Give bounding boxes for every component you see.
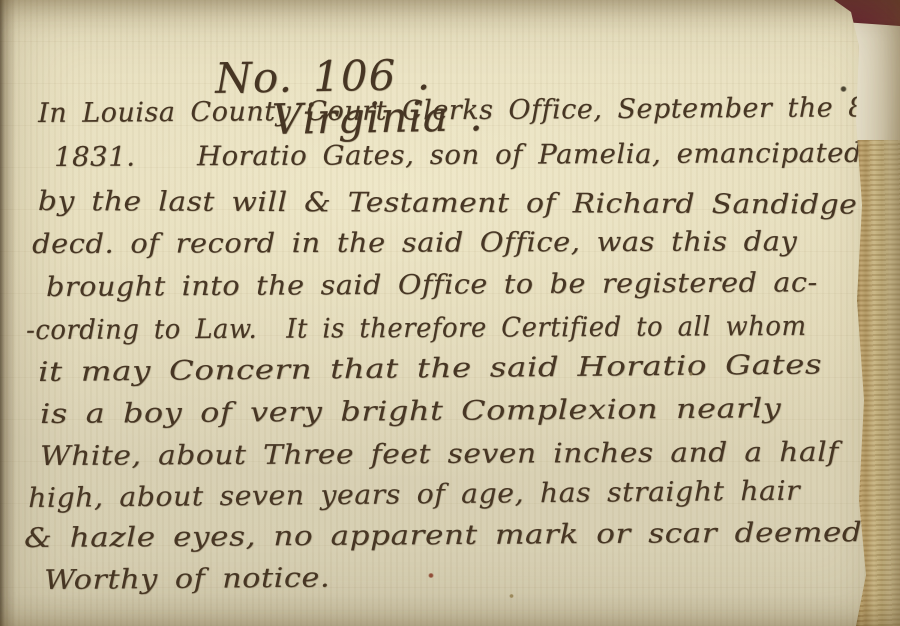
manuscript-line: In Louisa County Court Clerks Office, Se… bbox=[38, 94, 895, 127]
manuscript-line: brought into the said Office to be regis… bbox=[46, 269, 818, 301]
manuscript-line: by the last will & Testament of Richard … bbox=[38, 188, 857, 219]
manuscript-photo: No. 106 . Virginia . In Louisa County Co… bbox=[0, 0, 900, 626]
manuscript-line: -cording to Law. It is therefore Certifi… bbox=[26, 313, 807, 344]
manuscript-page: No. 106 . Virginia . In Louisa County Co… bbox=[0, 0, 872, 626]
manuscript-line: it may Concern that the said Horatio Gat… bbox=[38, 351, 822, 386]
manuscript-line: 1831. Horatio Gates, son of Pamelia, ema… bbox=[54, 140, 862, 171]
manuscript-line: & hazle eyes, no apparent mark or scar d… bbox=[24, 519, 862, 552]
manuscript-line: Worthy of notice. bbox=[44, 565, 330, 594]
manuscript-line: decd. of record in the said Office, was … bbox=[32, 228, 797, 258]
manuscript-line: high, about seven years of age, has stra… bbox=[28, 478, 800, 512]
manuscript-line: is a boy of very bright Complexion nearl… bbox=[40, 395, 781, 428]
manuscript-line: White, about Three feet seven inches and… bbox=[40, 439, 839, 470]
paper-speck bbox=[428, 573, 434, 578]
paper-speck bbox=[509, 594, 514, 598]
